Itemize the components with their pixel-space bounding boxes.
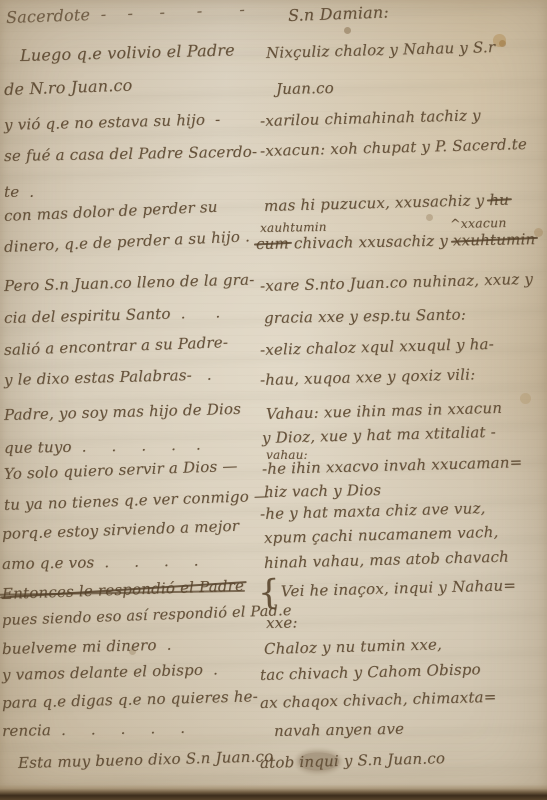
- manuscript-line-right-24: tac chivach y Cahom Obispo: [260, 660, 481, 684]
- strikethrough-text: xxuhtumin: [453, 230, 536, 249]
- manuscript-page: Sacerdote - - - - -Luego q.e volivio el …: [0, 0, 547, 800]
- manuscript-line-right-4: -xxacun: xoh chupat y P. Sacerd.te: [260, 135, 527, 160]
- manuscript-line-right-5: mas hi puzucux, xxusachiz y hu: [264, 191, 509, 215]
- strikethrough-text: hu: [489, 191, 509, 210]
- handwritten-text: Juan.co: [276, 79, 334, 98]
- manuscript-line-right-9: -xare S.nto Juan.co nuhinaz, xxuz y: [260, 270, 533, 295]
- handwritten-text: -xeliz chaloz xqul xxuqul y ha-: [260, 335, 494, 359]
- insertion-brace: {: [258, 572, 281, 613]
- handwritten-text: ax chaqox chivach, chimaxta=: [260, 688, 497, 712]
- manuscript-line-right-19: xpum çachi nucamanem vach,: [264, 523, 499, 547]
- handwritten-text: Vahau: xue ihin mas in xxacun: [266, 399, 503, 423]
- manuscript-line-right-13: Vahau: xue ihin mas in xxacun: [266, 399, 503, 423]
- manuscript-line-right-11: -xeliz chaloz xqul xxuqul y ha-: [260, 335, 494, 359]
- manuscript-line-right-25: ax chaqox chivach, chimaxta=: [260, 688, 497, 712]
- handwritten-text: xxe:: [266, 613, 298, 632]
- manuscript-line-right-26: navah anyen ave: [274, 720, 404, 740]
- handwritten-text: S.n Damian:: [288, 2, 390, 25]
- handwritten-text: -xare S.nto Juan.co nuhinaz, xxuz y: [260, 270, 533, 295]
- handwritten-text: -hau, xuqoa xxe y qoxiz vili:: [260, 365, 476, 389]
- smudged-text: inqui: [299, 752, 339, 771]
- handwritten-text: tac chivach y Cahom Obispo: [260, 660, 481, 684]
- handwritten-text: -xxacun: xoh chupat y P. Sacerd.te: [260, 135, 527, 160]
- manuscript-line-right-8: cum chivach xxusachiz y xxuhtumin: [256, 230, 536, 253]
- manuscript-line-right-1: Nixçuliz chaloz y Nahau y S.r: [266, 38, 496, 62]
- handwritten-text: -xarilou chimahinah tachiz y: [260, 106, 481, 130]
- manuscript-line-right-21: {Vei he inaçox, inqui y Nahau=: [258, 576, 516, 601]
- manuscript-line-right-12: -hau, xuqoa xxe y qoxiz vili:: [260, 365, 476, 389]
- manuscript-line-right-14: y Dioz, xue y hat ma xtitaliat -: [262, 423, 496, 447]
- manuscript-line-right-20: hinah vahau, mas atob chavach: [264, 548, 509, 572]
- manuscript-line-right-0: S.n Damian:: [288, 2, 390, 25]
- handwritten-text: hinah vahau, mas atob chavach: [264, 548, 509, 572]
- manuscript-line-right-27: atob inqui y S.n Juan.co: [260, 749, 446, 772]
- indigenous-text-column: S.n Damian:Nixçuliz chaloz y Nahau y S.r…: [0, 0, 547, 800]
- manuscript-line-right-2: Juan.co: [276, 79, 334, 98]
- handwritten-text: y S.n Juan.co: [339, 749, 446, 770]
- manuscript-line-right-10: gracia xxe y esp.tu Santo:: [264, 305, 466, 327]
- strikethrough-text: cum: [256, 234, 289, 253]
- manuscript-line-right-17: hiz vach y Dios: [264, 481, 381, 501]
- handwritten-text: Nixçuliz chaloz y Nahau y S.r: [266, 38, 496, 62]
- handwritten-text: Chaloz y nu tumin xxe,: [264, 635, 442, 658]
- handwritten-text: xpum çachi nucamanem vach,: [264, 523, 499, 547]
- manuscript-line-right-22: xxe:: [266, 613, 298, 632]
- manuscript-line-right-6: xauhtumin: [260, 220, 327, 235]
- manuscript-line-right-7: ^xxacun: [450, 215, 507, 231]
- handwritten-text: gracia xxe y esp.tu Santo:: [264, 305, 466, 327]
- handwritten-text: hiz vach y Dios: [264, 481, 381, 501]
- handwritten-text: mas hi puzucux, xxusachiz y: [264, 191, 490, 215]
- manuscript-line-right-3: -xarilou chimahinah tachiz y: [260, 106, 481, 130]
- handwritten-text: chivach xxusachiz y: [289, 232, 453, 253]
- handwritten-text: -he y hat maxta chiz ave vuz,: [260, 499, 486, 523]
- handwritten-text: navah anyen ave: [274, 720, 404, 740]
- handwritten-text: Vei he inaçox, inqui y Nahau=: [281, 576, 517, 600]
- manuscript-line-right-18: -he y hat maxta chiz ave vuz,: [260, 499, 486, 523]
- manuscript-line-right-23: Chaloz y nu tumin xxe,: [264, 635, 442, 658]
- handwritten-text: xauhtumin: [260, 220, 327, 235]
- handwritten-text: y Dioz, xue y hat ma xtitaliat -: [262, 423, 496, 447]
- handwritten-text: ^xxacun: [450, 215, 507, 231]
- handwritten-text: atob: [260, 753, 300, 772]
